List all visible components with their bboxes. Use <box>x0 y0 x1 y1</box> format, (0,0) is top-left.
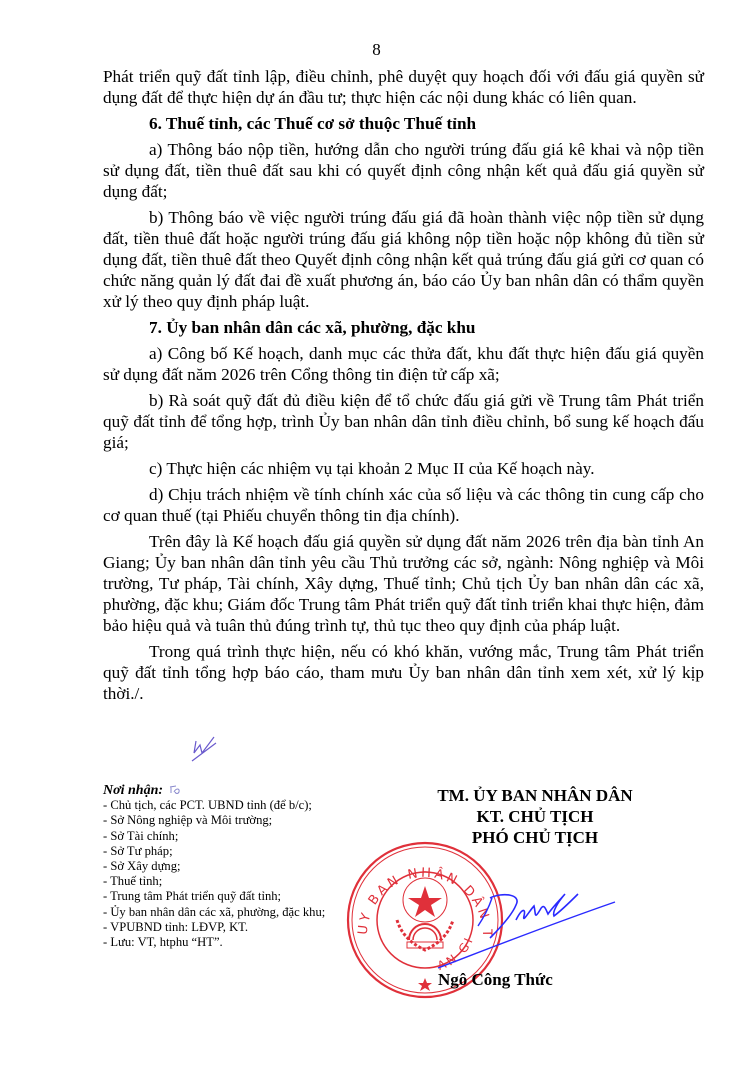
initial-mark-small-icon <box>168 784 184 796</box>
section-7-item-a: a) Công bố Kế hoạch, danh mục các thửa đ… <box>103 343 704 385</box>
signature-title-block: TM. ỦY BAN NHÂN DÂN KT. CHỦ TỊCH PHÓ CHỦ… <box>395 785 675 848</box>
recipients-block: Nơi nhận: - Chủ tịch, các PCT. UBND tỉnh… <box>103 783 325 950</box>
recipient-item: - VPUBND tỉnh: LĐVP, KT. <box>103 920 325 935</box>
recipient-item: - Sở Nông nghiệp và Môi trường; <box>103 813 325 828</box>
section-7-heading: 7. Ủy ban nhân dân các xã, phường, đặc k… <box>103 317 704 338</box>
recipient-item: - Sở Xây dựng; <box>103 859 325 874</box>
signature-title-line-2: KT. CHỦ TỊCH <box>395 806 675 827</box>
section-6-item-b: b) Thông báo về việc người trúng đấu giá… <box>103 207 704 312</box>
recipient-item: - Sở Tài chính; <box>103 829 325 844</box>
section-6-item-a: a) Thông báo nộp tiền, hướng dẫn cho ngư… <box>103 139 704 202</box>
closing-paragraph-1: Trên đây là Kế hoạch đấu giá quyền sử dụ… <box>103 531 704 636</box>
section-6-heading: 6. Thuế tỉnh, các Thuế cơ sở thuộc Thuế … <box>103 113 704 134</box>
recipient-item: - Ủy ban nhân dân các xã, phường, đặc kh… <box>103 905 325 920</box>
signer-name: Ngô Công Thức <box>438 970 553 990</box>
section-7-item-c: c) Thực hiện các nhiệm vụ tại khoản 2 Mụ… <box>103 458 704 479</box>
page-number: 8 <box>0 40 753 60</box>
recipient-item: - Lưu: VT, htphu “HT”. <box>103 935 325 950</box>
recipients-label: Nơi nhận: <box>103 783 325 798</box>
recipient-item: - Chủ tịch, các PCT. UBND tỉnh (để b/c); <box>103 798 325 813</box>
recipient-item: - Thuế tỉnh; <box>103 874 325 889</box>
section-7-item-b: b) Rà soát quỹ đất đủ điều kiện để tổ ch… <box>103 390 704 453</box>
paragraph-continuation: Phát triển quỹ đất tỉnh lập, điều chỉnh,… <box>103 66 704 108</box>
closing-paragraph-2: Trong quá trình thực hiện, nếu có khó kh… <box>103 641 704 704</box>
section-7-item-d: d) Chịu trách nhiệm về tính chính xác củ… <box>103 484 704 526</box>
initial-mark-icon <box>190 733 220 763</box>
recipient-item: - Trung tâm Phát triển quỹ đất tỉnh; <box>103 889 325 904</box>
handwritten-signature-icon <box>430 880 630 980</box>
recipient-item: - Sở Tư pháp; <box>103 844 325 859</box>
document-body: Phát triển quỹ đất tỉnh lập, điều chỉnh,… <box>103 66 704 704</box>
signature-title-line-1: TM. ỦY BAN NHÂN DÂN <box>395 785 675 806</box>
